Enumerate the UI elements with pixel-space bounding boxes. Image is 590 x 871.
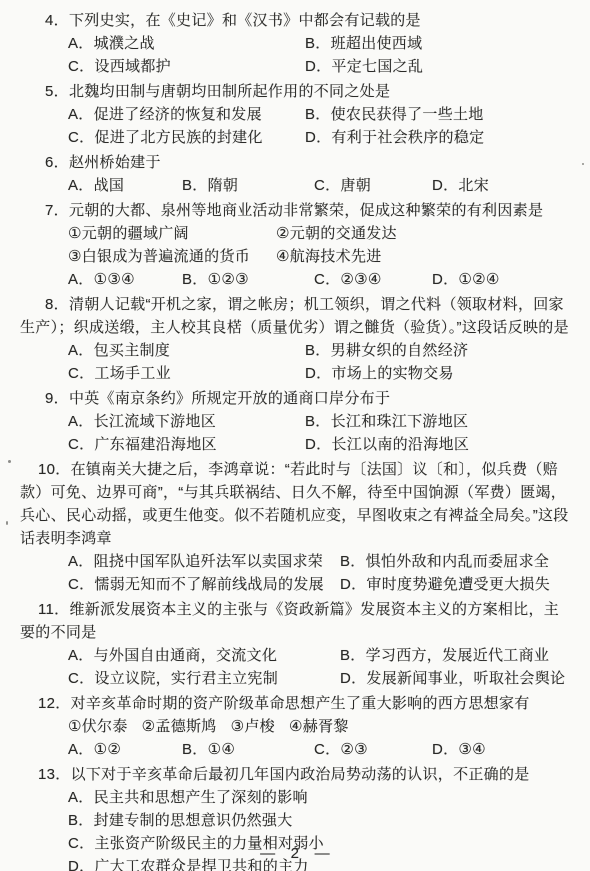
question-stem: 10．在镇南关大捷之后，李鸿章说：“若此时与〔法国〕议〔和〕，似兵费（赔款）可免…	[20, 458, 572, 550]
option-c: C．促进了北方民族的封建化	[68, 126, 305, 149]
option-a: A．长江流域下游地区	[68, 410, 305, 433]
option-a: A．战国	[68, 174, 182, 197]
sub-options-row: ①元朝的疆域广阔 ②元朝的交通发达 ③白银成为普遍流通的货币 ④航海技术先进	[20, 222, 572, 268]
options-row: A．长江流域下游地区 B．长江和珠江下游地区 C．广东福建沿海地区 D．长江以南…	[20, 410, 572, 456]
option-b: B．①②③	[182, 268, 314, 291]
sub-option-3: ③白银成为普遍流通的货币	[68, 245, 276, 268]
options-row: A．与外国自由通商，交流文化 B．学习西方，发展近代工商业 C．设立议院，实行君…	[20, 644, 572, 690]
option-b: B．封建专制的思想意识仍然强大	[68, 809, 572, 832]
option-d: D．①②④	[432, 268, 572, 291]
exam-page: 4．下列史实，在《史记》和《汉书》中都会有记载的是 A．城濮之战 B．班超出使西…	[0, 0, 590, 871]
option-a: A．民主共和思想产生了深刻的影响	[68, 786, 572, 809]
option-c: C．工场手工业	[68, 362, 305, 385]
option-a: A．①③④	[68, 268, 182, 291]
question-stem: 13．以下对于辛亥革命后最初几年国内政治局势动荡的认识，不正确的是	[20, 763, 572, 786]
question-11: 11．维新派发展资本主义的主张与《资政新篇》发展资本主义的方案相比，主要的不同是…	[20, 598, 572, 690]
question-stem: 11．维新派发展资本主义的主张与《资政新篇》发展资本主义的方案相比，主要的不同是	[20, 598, 572, 644]
question-stem: 4．下列史实，在《史记》和《汉书》中都会有记载的是	[20, 9, 572, 32]
option-a: A．阻挠中国军队追歼法军以卖国求荣	[68, 550, 340, 573]
option-a: A．城濮之战	[68, 32, 305, 55]
option-b: B．男耕女织的自然经济	[305, 339, 572, 362]
question-stem: 7．元朝的大都、泉州等地商业活动非常繁荣，促成这种繁荣的有利因素是	[20, 199, 572, 222]
option-c: C．唐朝	[314, 174, 432, 197]
sub-option-3: ③卢梭	[231, 715, 275, 738]
sub-option-4: ④航海技术先进	[276, 245, 572, 268]
options-row: A．①② B．①④ C．②③ D．③④	[20, 738, 572, 761]
option-b: B．惧怕外敌和内乱而委屈求全	[340, 550, 572, 573]
option-d: D．审时度势避免遭受更大损失	[340, 573, 572, 596]
options-row: A．城濮之战 B．班超出使西域 C．设西域都护 D．平定七国之乱	[20, 32, 572, 78]
option-c: C．懦弱无知而不了解前线战局的发展	[68, 573, 340, 596]
option-d: D．市场上的实物交易	[305, 362, 572, 385]
option-c: C．②③	[314, 738, 432, 761]
sub-option-1: ①伏尔泰	[68, 715, 128, 738]
question-8: 8．清朝人记载“开机之家，谓之帐房；机工领织，谓之代料（领取材料，回家生产）；织…	[20, 293, 572, 385]
question-5: 5．北魏均田制与唐朝均田制所起作用的不同之处是 A．促进了经济的恢复和发展 B．…	[20, 80, 572, 149]
sub-option-2: ②孟德斯鸠	[142, 715, 217, 738]
option-c: C．设西域都护	[68, 55, 305, 78]
options-row: A．包买主制度 B．男耕女织的自然经济 C．工场手工业 D．市场上的实物交易	[20, 339, 572, 385]
question-stem: 12．对辛亥革命时期的资产阶级革命思想产生了重大影响的西方思想家有	[20, 692, 572, 715]
question-6: 6．赵州桥始建于 A．战国 B．隋朝 C．唐朝 D．北宋	[20, 151, 572, 197]
option-b: B．使农民获得了一些土地	[305, 103, 572, 126]
option-d: D．③④	[432, 738, 572, 761]
scan-speck	[6, 521, 8, 525]
option-b: B．学习西方，发展近代工商业	[340, 644, 572, 667]
option-d: D．长江以南的沿海地区	[305, 433, 572, 456]
option-b: B．隋朝	[182, 174, 314, 197]
question-9: 9．中英《南京条约》所规定开放的通商口岸分布于 A．长江流域下游地区 B．长江和…	[20, 387, 572, 456]
option-c: C．设立议院，实行君主立宪制	[68, 667, 340, 690]
option-a: A．①②	[68, 738, 182, 761]
option-d: D．平定七国之乱	[305, 55, 572, 78]
page-footer: — 2 —	[0, 842, 590, 865]
option-a: A．与外国自由通商，交流文化	[68, 644, 340, 667]
option-d: D．发展新闻事业，听取社会舆论	[340, 667, 572, 690]
sub-option-2: ②元朝的交通发达	[276, 222, 572, 245]
option-c: C．广东福建沿海地区	[68, 433, 305, 456]
option-a: A．促进了经济的恢复和发展	[68, 103, 305, 126]
options-row: A．战国 B．隋朝 C．唐朝 D．北宋	[20, 174, 572, 197]
question-10: 10．在镇南关大捷之后，李鸿章说：“若此时与〔法国〕议〔和〕，似兵费（赔款）可免…	[20, 458, 572, 596]
question-7: 7．元朝的大都、泉州等地商业活动非常繁荣，促成这种繁荣的有利因素是 ①元朝的疆域…	[20, 199, 572, 291]
option-d: D．有利于社会秩序的稳定	[305, 126, 572, 149]
option-b: B．班超出使西域	[305, 32, 572, 55]
question-stem: 9．中英《南京条约》所规定开放的通商口岸分布于	[20, 387, 572, 410]
option-c: C．②③④	[314, 268, 432, 291]
sub-option-1: ①元朝的疆域广阔	[68, 222, 276, 245]
question-stem: 5．北魏均田制与唐朝均田制所起作用的不同之处是	[20, 80, 572, 103]
sub-options-row: ①伏尔泰 ②孟德斯鸠 ③卢梭 ④赫胥黎	[20, 715, 572, 738]
question-stem: 6．赵州桥始建于	[20, 151, 572, 174]
question-stem: 8．清朝人记载“开机之家，谓之帐房；机工领织，谓之代料（领取材料，回家生产）；织…	[20, 293, 572, 339]
option-b: B．长江和珠江下游地区	[305, 410, 572, 433]
option-d: D．北宋	[432, 174, 572, 197]
options-row: A．促进了经济的恢复和发展 B．使农民获得了一些土地 C．促进了北方民族的封建化…	[20, 103, 572, 149]
sub-option-4: ④赫胥黎	[289, 715, 349, 738]
scan-speck	[582, 163, 584, 165]
question-4: 4．下列史实，在《史记》和《汉书》中都会有记载的是 A．城濮之战 B．班超出使西…	[20, 9, 572, 78]
options-row: A．阻挠中国军队追歼法军以卖国求荣 B．惧怕外敌和内乱而委屈求全 C．懦弱无知而…	[20, 550, 572, 596]
options-row: A．①③④ B．①②③ C．②③④ D．①②④	[20, 268, 572, 291]
question-12: 12．对辛亥革命时期的资产阶级革命思想产生了重大影响的西方思想家有 ①伏尔泰 ②…	[20, 692, 572, 761]
option-a: A．包买主制度	[68, 339, 305, 362]
scan-speck	[8, 460, 11, 463]
option-b: B．①④	[182, 738, 314, 761]
